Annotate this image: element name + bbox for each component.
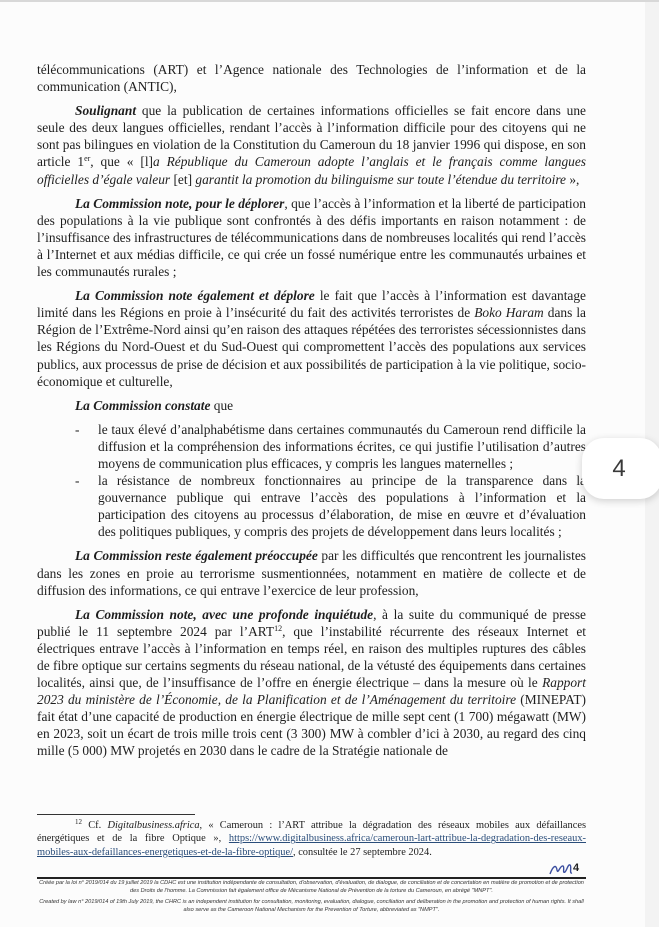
legal-notice-fr: Créée par la loi n° 2019/014 du 19 juill… [37, 880, 586, 895]
constate-list: - le taux élevé d’analphabétisme dans ce… [75, 421, 586, 541]
paragraph-preoccupee: La Commission reste également préoccupée… [37, 547, 586, 598]
list-item: - la résistance de nombreux fonctionnair… [75, 472, 586, 540]
footer-rule [37, 877, 586, 879]
footnote-12: 12 Cf. Digitalbusiness.africa, « Camerou… [37, 819, 586, 859]
page-indicator-number: 4 [612, 455, 625, 483]
paragraph-constate: La Commission constate que [75, 397, 586, 414]
paragraph-lead: La Commission note, avec une profonde in… [75, 607, 373, 622]
paragraph-lead: Soulignant [75, 103, 136, 118]
signature-initials-icon [548, 860, 574, 878]
paragraph-soulignant: Soulignant que la publication de certain… [37, 102, 586, 187]
document-page: télécommunications (ART) et l’Agence nat… [0, 2, 645, 927]
paragraph-deplorer: La Commission note, pour le déplorer, qu… [37, 195, 586, 280]
page-number: 4 [573, 862, 579, 874]
constitution-quote: garantit la promotion du bilinguisme sur… [195, 172, 566, 187]
paragraph-lead: La Commission note, pour le déplorer [75, 196, 284, 211]
paragraph-continuation: télécommunications (ART) et l’Agence nat… [37, 61, 586, 95]
paragraph-lead: La Commission note également et déplore [75, 288, 315, 303]
paragraph-lead: La Commission reste également préoccupée [75, 548, 318, 563]
bullet-dash: - [75, 472, 79, 489]
footnote-reference[interactable]: 12 [274, 624, 282, 633]
page-indicator-badge[interactable]: 4 [582, 438, 659, 499]
paragraph-deplore: La Commission note également et déplore … [37, 287, 586, 390]
footnote-separator [37, 814, 195, 815]
legal-notice-en: Created by law n° 2019/014 of 19th July … [37, 899, 586, 914]
page-body: télécommunications (ART) et l’Agence nat… [37, 61, 586, 767]
bullet-dash: - [75, 421, 79, 438]
paragraph-inquietude: La Commission note, avec une profonde in… [37, 606, 586, 760]
list-item: - le taux élevé d’analphabétisme dans ce… [75, 421, 586, 472]
paragraph-lead: La Commission constate [75, 398, 210, 413]
